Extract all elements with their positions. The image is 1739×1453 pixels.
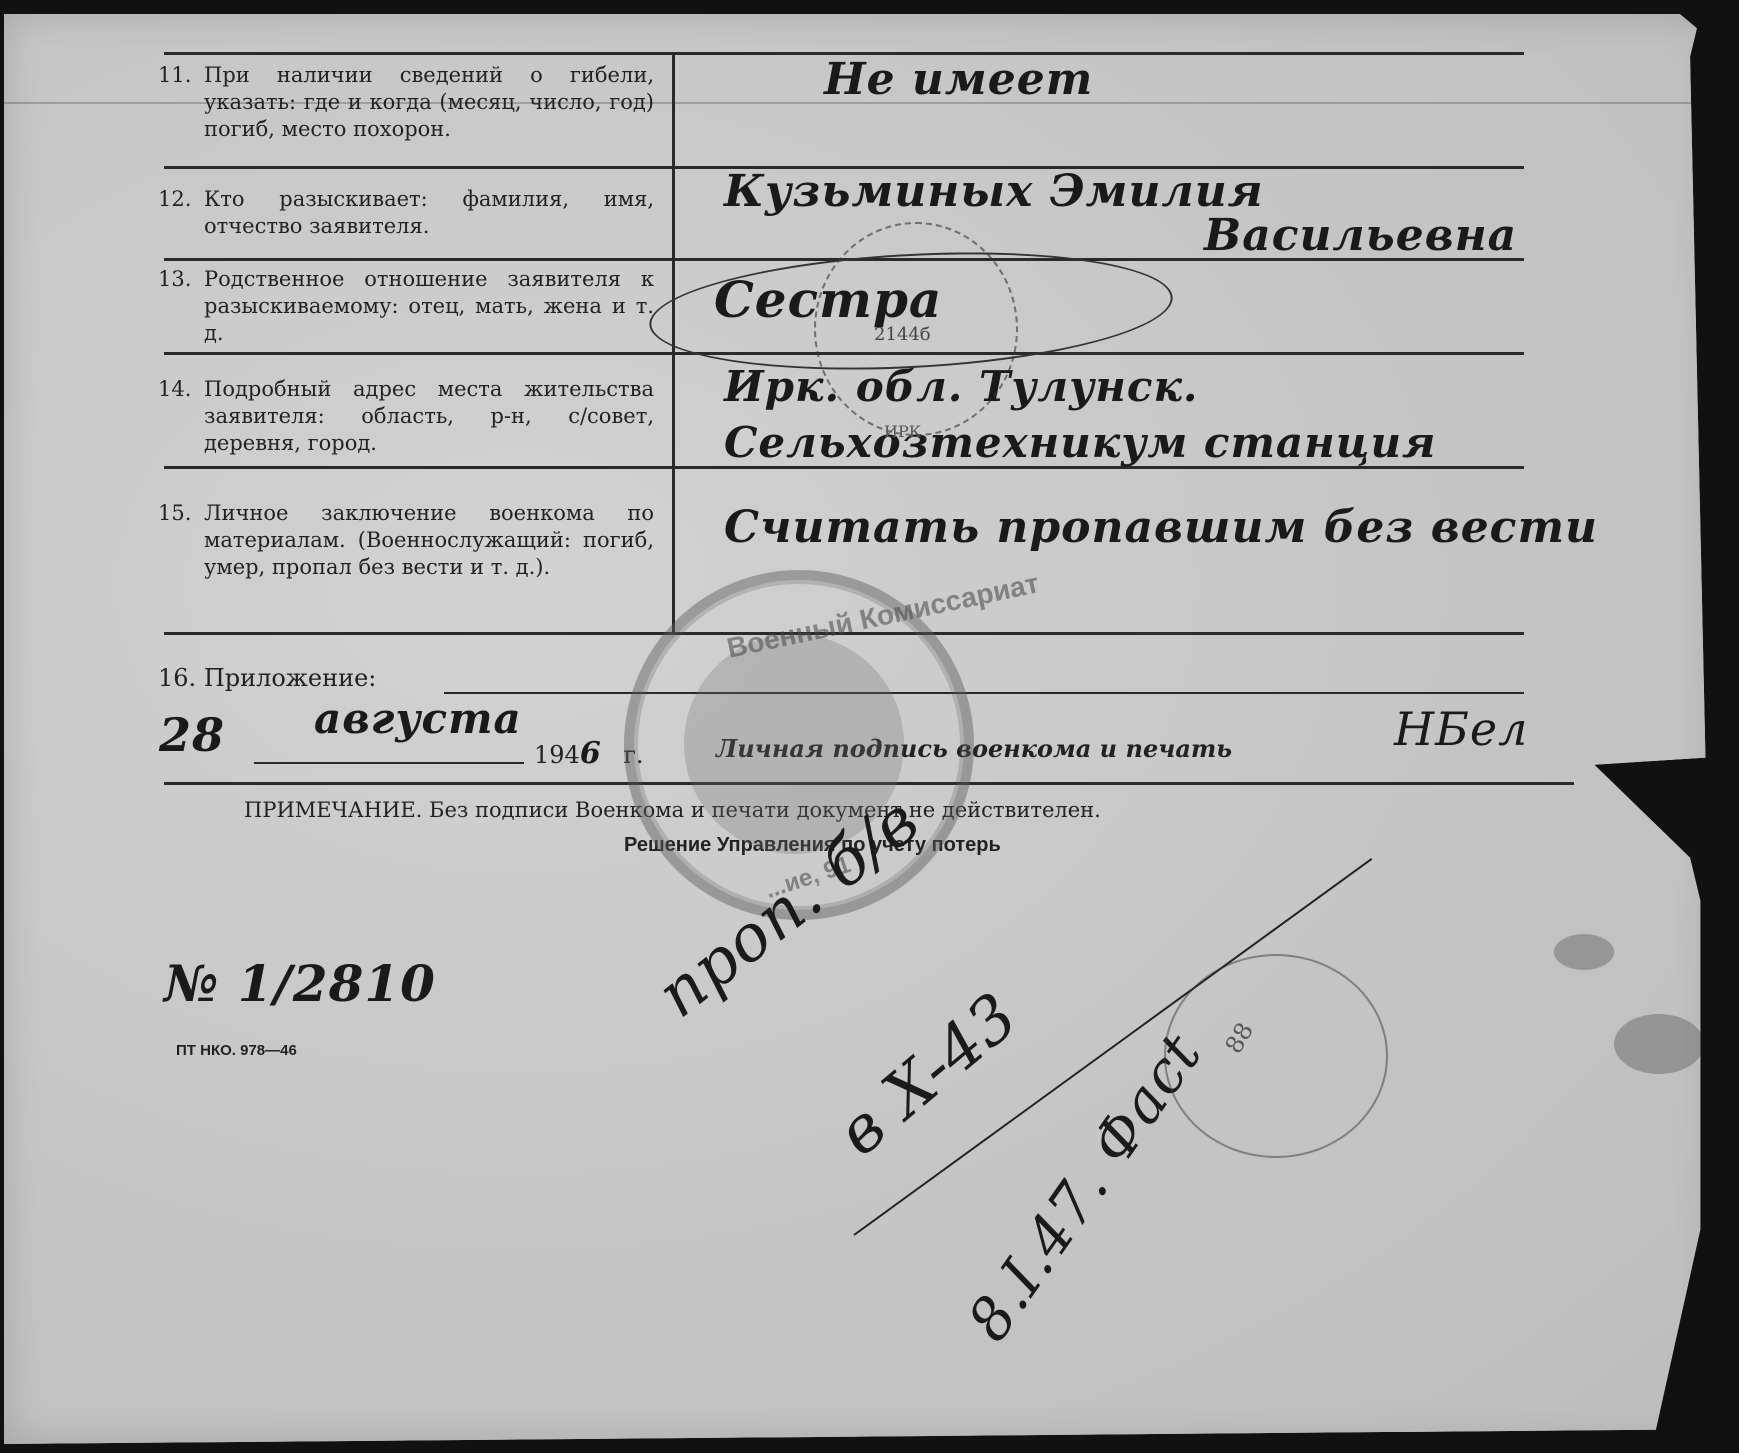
decision-line2: в X-43 [824, 979, 1032, 1171]
small-stamp-number: 2144б [874, 324, 931, 345]
label-text: При наличии сведений о гибели, указать: … [204, 63, 654, 141]
appendix-label: 16. Приложение: [158, 664, 376, 692]
label-text: Родственное отношение заявителя к разыск… [204, 267, 654, 345]
date-day: 28 [159, 708, 225, 762]
field-12-value-line2: Васильевна [1204, 210, 1517, 261]
document-sheet: 11. При наличии сведений о гибели, указа… [4, 14, 1714, 1444]
label-text: Приложение: [204, 664, 377, 692]
appendix-line [444, 692, 1524, 694]
field-number: 12. [158, 186, 191, 213]
registry-number: № 1/2810 [164, 954, 436, 1013]
field-13-label: 13. Родственное отношение заявителя к ра… [204, 266, 654, 347]
field-11-value: Не имеет [824, 54, 1093, 105]
small-stamp-label: ИРК [884, 422, 921, 441]
field-number: 13. [158, 266, 191, 293]
field-14-value-line2: Сельхозтехникум станция [724, 418, 1436, 467]
print-code: ПТ НКО. 978—46 [176, 1042, 297, 1059]
field-number: 15. [158, 500, 191, 527]
field-11-label: 11. При наличии сведений о гибели, указа… [204, 62, 654, 143]
date-month: августа [314, 694, 522, 743]
field-number: 14. [158, 376, 191, 403]
field-number: 11. [158, 62, 191, 89]
label-text: Личное заключение военкома по материалам… [204, 501, 654, 579]
field-15-value: Считать пропавшим без вести [724, 502, 1598, 553]
label-text: Кто разыскивает: фамилия, имя, отчество … [204, 187, 654, 238]
paper-damage [1554, 934, 1614, 970]
label-text: Подробный адрес места жительства заявите… [204, 377, 654, 455]
corner-round-stamp [1164, 954, 1388, 1158]
date-underline [254, 762, 524, 764]
field-number: 16. [158, 664, 196, 692]
year-suffix: 6 [580, 736, 602, 771]
field-12-value-line1: Кузьминых Эмилия [724, 166, 1264, 217]
year-prefix: 194 [534, 741, 580, 769]
field-14-label: 14. Подробный адрес места жительства зая… [204, 376, 654, 457]
paper-damage [1614, 1014, 1704, 1074]
field-12-label: 12. Кто разыскивает: фамилия, имя, отчес… [204, 186, 654, 240]
field-15-label: 15. Личное заключение военкома по матери… [204, 500, 654, 581]
commissar-signature: НБел [1394, 702, 1528, 756]
